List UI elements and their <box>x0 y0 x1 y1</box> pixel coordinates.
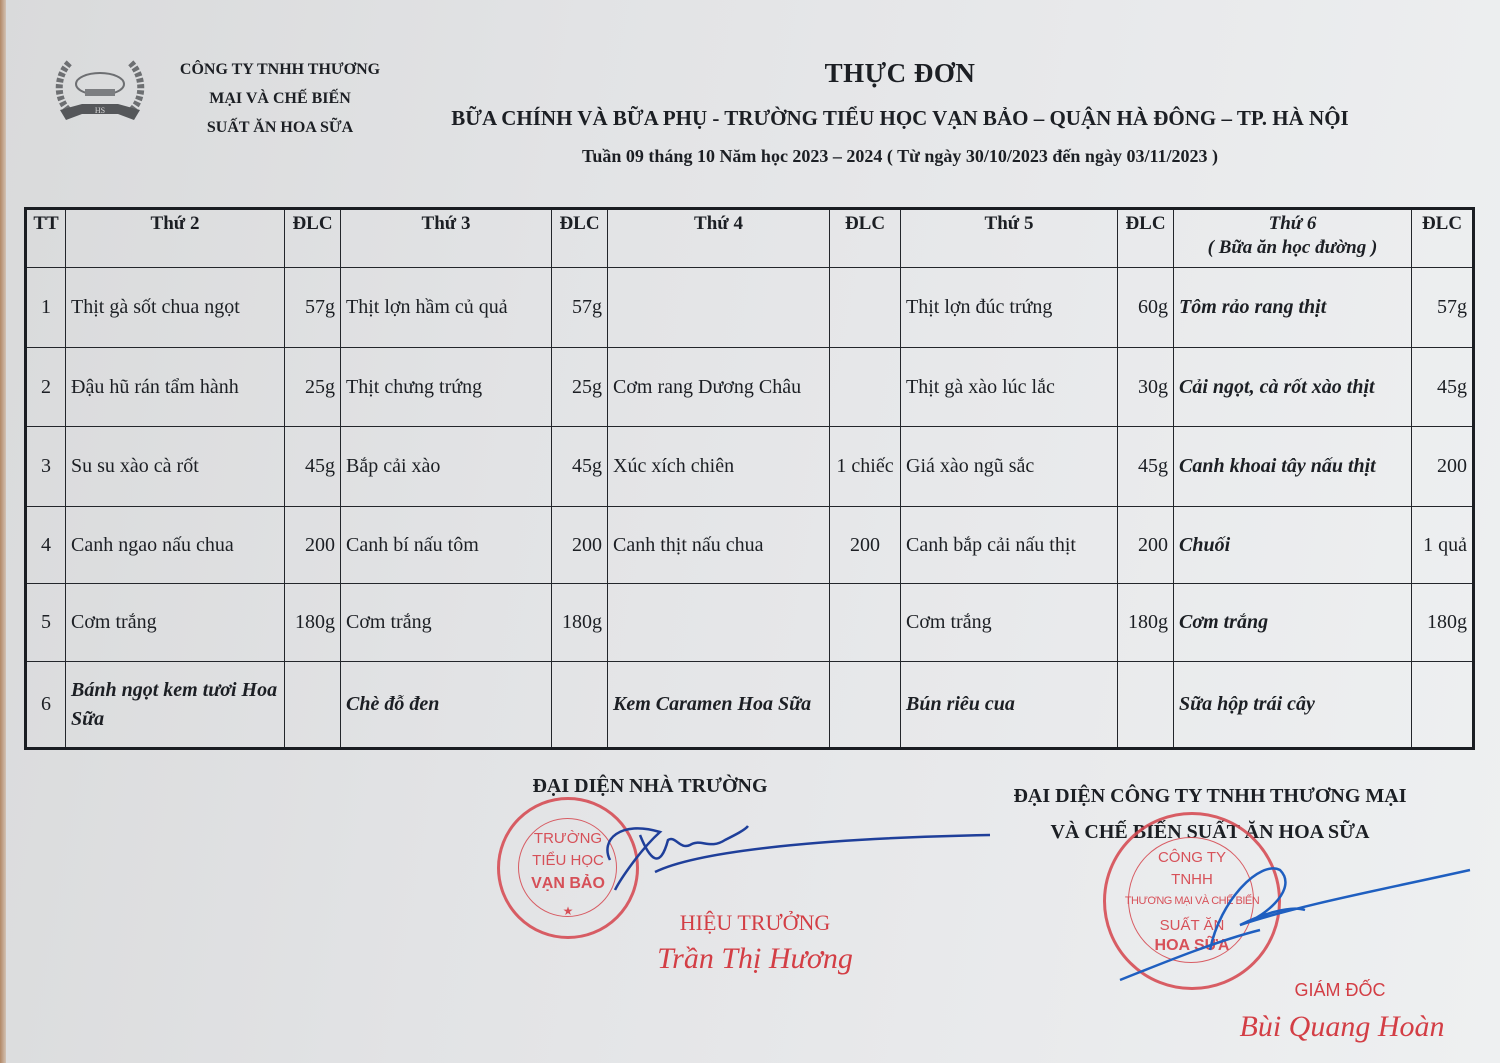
header-mon: Thứ 2 <box>66 209 285 268</box>
dish-thu: Canh bắp cải nấu thịt <box>901 507 1118 584</box>
header-fri-note: ( Bữa ăn học đường ) <box>1179 237 1406 259</box>
dish-thu: Bún riêu cua <box>901 662 1118 749</box>
header-qty: ĐLC <box>285 209 341 268</box>
qty-wed: 1 chiếc <box>830 427 901 507</box>
qty-tue: 200 <box>552 507 608 584</box>
dish-fri: Chuối <box>1174 507 1412 584</box>
dish-tue: Canh bí nấu tôm <box>341 507 552 584</box>
qty-mon: 45g <box>285 427 341 507</box>
dish-thu: Thịt lợn đúc trứng <box>901 268 1118 348</box>
qty-mon <box>285 662 341 749</box>
school-representative-title: ĐẠI DIỆN NHÀ TRƯỜNG <box>490 775 810 798</box>
dish-tue: Thịt chưng trứng <box>341 348 552 427</box>
header-tue: Thứ 3 <box>341 209 552 268</box>
qty-wed <box>830 348 901 427</box>
qty-fri: 200 <box>1412 427 1474 507</box>
dish-thu: Giá xào ngũ sắc <box>901 427 1118 507</box>
company-rep-line: ĐẠI DIỆN CÔNG TY TNHH THƯƠNG MẠI <box>960 778 1460 814</box>
dish-thu: Cơm trắng <box>901 584 1118 662</box>
dish-mon: Cơm trắng <box>66 584 285 662</box>
qty-thu <box>1118 662 1174 749</box>
qty-mon: 25g <box>285 348 341 427</box>
qty-tue <box>552 662 608 749</box>
qty-thu: 45g <box>1118 427 1174 507</box>
qty-thu: 30g <box>1118 348 1174 427</box>
stamp-text: VẠN BẢO <box>500 875 636 893</box>
dish-mon: Thịt gà sốt chua ngọt <box>66 268 285 348</box>
dish-fri: Cải ngọt, cà rốt xào thịt <box>1174 348 1412 427</box>
dish-thu: Thịt gà xào lúc lắc <box>901 348 1118 427</box>
header-qty: ĐLC <box>1412 209 1474 268</box>
row-number: 3 <box>26 427 66 507</box>
qty-fri: 45g <box>1412 348 1474 427</box>
dish-fri: Cơm trắng <box>1174 584 1412 662</box>
qty-wed: 200 <box>830 507 901 584</box>
company-line: MẠI VÀ CHẾ BIẾN <box>160 84 400 113</box>
table-row: 2Đậu hũ rán tẩm hành25gThịt chưng trứng2… <box>26 348 1474 427</box>
dish-wed <box>608 584 830 662</box>
qty-mon: 200 <box>285 507 341 584</box>
dish-tue: Cơm trắng <box>341 584 552 662</box>
table-row: 5Cơm trắng180gCơm trắng180gCơm trắng180g… <box>26 584 1474 662</box>
company-line: SUẤT ĂN HOA SỮA <box>160 113 400 142</box>
qty-thu: 60g <box>1118 268 1174 348</box>
svg-text:HS: HS <box>95 106 105 115</box>
qty-mon: 180g <box>285 584 341 662</box>
paper-edge <box>0 0 6 1063</box>
qty-tue: 25g <box>552 348 608 427</box>
stamp-text: TRƯỜNG <box>500 830 636 847</box>
header-tt: TT <box>26 209 66 268</box>
stamp-text: HOA SỮA <box>1106 937 1278 955</box>
header-wed: Thứ 4 <box>608 209 830 268</box>
table-row: 4Canh ngao nấu chua200Canh bí nấu tôm200… <box>26 507 1474 584</box>
qty-fri: 180g <box>1412 584 1474 662</box>
principal-name: Trần Thị Hương <box>625 942 885 976</box>
school-stamp: TRƯỜNG TIỂU HỌC VẠN BẢO ★ <box>497 797 639 939</box>
qty-thu: 180g <box>1118 584 1174 662</box>
star-icon: ★ <box>500 904 636 918</box>
page-title: THỰC ĐƠN <box>400 58 1400 89</box>
dish-mon: Đậu hũ rán tẩm hành <box>66 348 285 427</box>
table-header-row: TT Thứ 2 ĐLC Thứ 3 ĐLC Thứ 4 ĐLC Thứ 5 Đ… <box>26 209 1474 268</box>
qty-tue: 45g <box>552 427 608 507</box>
row-number: 5 <box>26 584 66 662</box>
company-line: CÔNG TY TNHH THƯƠNG <box>160 55 400 84</box>
row-number: 4 <box>26 507 66 584</box>
qty-fri: 1 quả <box>1412 507 1474 584</box>
wreath-logo-icon: HS <box>52 54 148 126</box>
qty-tue: 57g <box>552 268 608 348</box>
qty-wed <box>830 268 901 348</box>
header-qty: ĐLC <box>830 209 901 268</box>
stamp-text: TNHH <box>1106 871 1278 888</box>
stamp-text: TIỂU HỌC <box>500 852 636 869</box>
dish-tue: Chè đỗ đen <box>341 662 552 749</box>
qty-wed <box>830 662 901 749</box>
qty-thu: 200 <box>1118 507 1174 584</box>
qty-fri: 57g <box>1412 268 1474 348</box>
dish-wed <box>608 268 830 348</box>
dish-wed: Kem Caramen Hoa Sữa <box>608 662 830 749</box>
page-subtitle: BỮA CHÍNH VÀ BỮA PHỤ - TRƯỜNG TIỂU HỌC V… <box>400 106 1400 131</box>
header-fri: Thứ 6 ( Bữa ăn học đường ) <box>1174 209 1412 268</box>
table-row: 6Bánh ngọt kem tươi Hoa SữaChè đỗ đenKem… <box>26 662 1474 749</box>
dish-fri: Tôm rảo rang thịt <box>1174 268 1412 348</box>
row-number: 6 <box>26 662 66 749</box>
header-qty: ĐLC <box>552 209 608 268</box>
row-number: 1 <box>26 268 66 348</box>
week-range: Tuần 09 tháng 10 Năm học 2023 – 2024 ( T… <box>400 146 1400 167</box>
director-role: GIÁM ĐỐC <box>1270 980 1410 1001</box>
table-row: 1Thịt gà sốt chua ngọt57gThịt lợn hầm củ… <box>26 268 1474 348</box>
qty-wed <box>830 584 901 662</box>
header-fri-label: Thứ 6 <box>1269 213 1317 234</box>
dish-mon: Su su xào cà rốt <box>66 427 285 507</box>
company-name: CÔNG TY TNHH THƯƠNG MẠI VÀ CHẾ BIẾN SUẤT… <box>160 55 400 142</box>
menu-table: TT Thứ 2 ĐLC Thứ 3 ĐLC Thứ 4 ĐLC Thứ 5 Đ… <box>24 207 1475 750</box>
principal-role: HIỆU TRƯỞNG <box>660 910 850 936</box>
dish-fri: Sữa hộp trái cây <box>1174 662 1412 749</box>
company-stamp: CÔNG TY TNHH THƯƠNG MẠI VÀ CHẾ BIẾN SUẤT… <box>1103 812 1281 990</box>
dish-wed: Cơm rang Dương Châu <box>608 348 830 427</box>
dish-wed: Canh thịt nấu chua <box>608 507 830 584</box>
header-qty: ĐLC <box>1118 209 1174 268</box>
dish-wed: Xúc xích chiên <box>608 427 830 507</box>
dish-tue: Bắp cải xào <box>341 427 552 507</box>
dish-tue: Thịt lợn hầm củ quả <box>341 268 552 348</box>
dish-fri: Canh khoai tây nấu thịt <box>1174 427 1412 507</box>
stamp-text: SUẤT ĂN <box>1106 917 1278 934</box>
stamp-text: CÔNG TY <box>1106 849 1278 866</box>
dish-mon: Bánh ngọt kem tươi Hoa Sữa <box>66 662 285 749</box>
qty-tue: 180g <box>552 584 608 662</box>
director-name: Bùi Quang Hoàn <box>1212 1010 1472 1044</box>
dish-mon: Canh ngao nấu chua <box>66 507 285 584</box>
qty-mon: 57g <box>285 268 341 348</box>
header-thu: Thứ 5 <box>901 209 1118 268</box>
stamp-text: THƯƠNG MẠI VÀ CHẾ BIẾN <box>1106 895 1278 907</box>
row-number: 2 <box>26 348 66 427</box>
table-row: 3Su su xào cà rốt45gBắp cải xào45gXúc xí… <box>26 427 1474 507</box>
qty-fri <box>1412 662 1474 749</box>
